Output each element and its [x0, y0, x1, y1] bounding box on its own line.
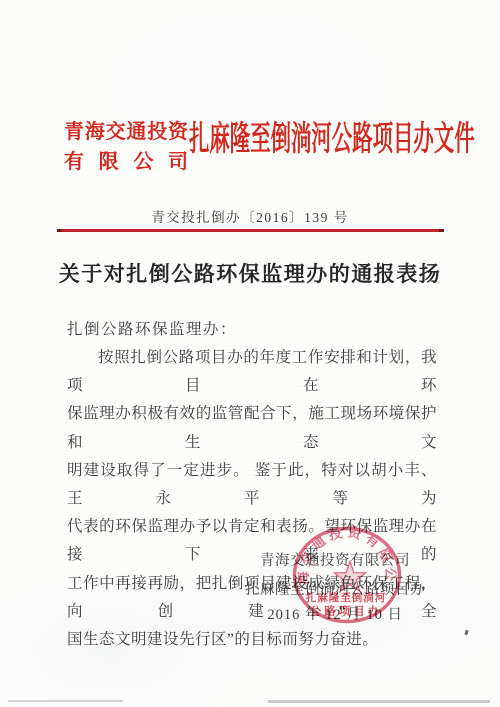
body-line: 国生态文明建设先行区”的目标而努力奋进。	[67, 626, 437, 654]
official-seal: 青海交通投资有限公司 扎麻隆至倒淌河 公路项目办	[290, 525, 404, 627]
body-line: 明建设取得了一定进步。 鉴于此，特对以胡小丰、王永平等为	[67, 457, 437, 513]
salutation: 扎倒公路环保监理办：	[67, 315, 437, 344]
document-number: 青交投扎倒办〔2016〕139 号	[0, 206, 500, 226]
document-title: 关于对扎倒公路环保监理办的通报表扬	[0, 258, 500, 288]
seal-star-icon	[334, 562, 365, 592]
red-separator-rule	[57, 229, 444, 232]
body-line: 按照扎倒公路项目办的年度工作安排和计划，我项目在环	[67, 344, 437, 400]
body-line: 保监理办积极有效的监管配合下，施工现场环境保护和生态文	[67, 400, 437, 456]
letterhead-doc-type: 扎麻隆至倒淌河公路项目办文件	[189, 113, 475, 165]
org-name-line1: 青海交通投资	[64, 116, 188, 146]
letterhead-org-name: 青海交通投资 有限公司	[64, 116, 188, 176]
scan-edge-shadow-left	[8, 700, 123, 702]
scan-edge-shadow-right	[268, 700, 490, 703]
scanned-document-page: 青海交通投资 有限公司 扎麻隆至倒淌河公路项目办文件 青交投扎倒办〔2016〕1…	[0, 0, 500, 707]
seal-text-line2: 公路项目办	[310, 604, 383, 618]
org-name-line2: 有限公司	[64, 146, 188, 176]
scan-speck	[464, 630, 468, 636]
seal-text-line1: 扎麻隆至倒淌河	[305, 591, 387, 604]
